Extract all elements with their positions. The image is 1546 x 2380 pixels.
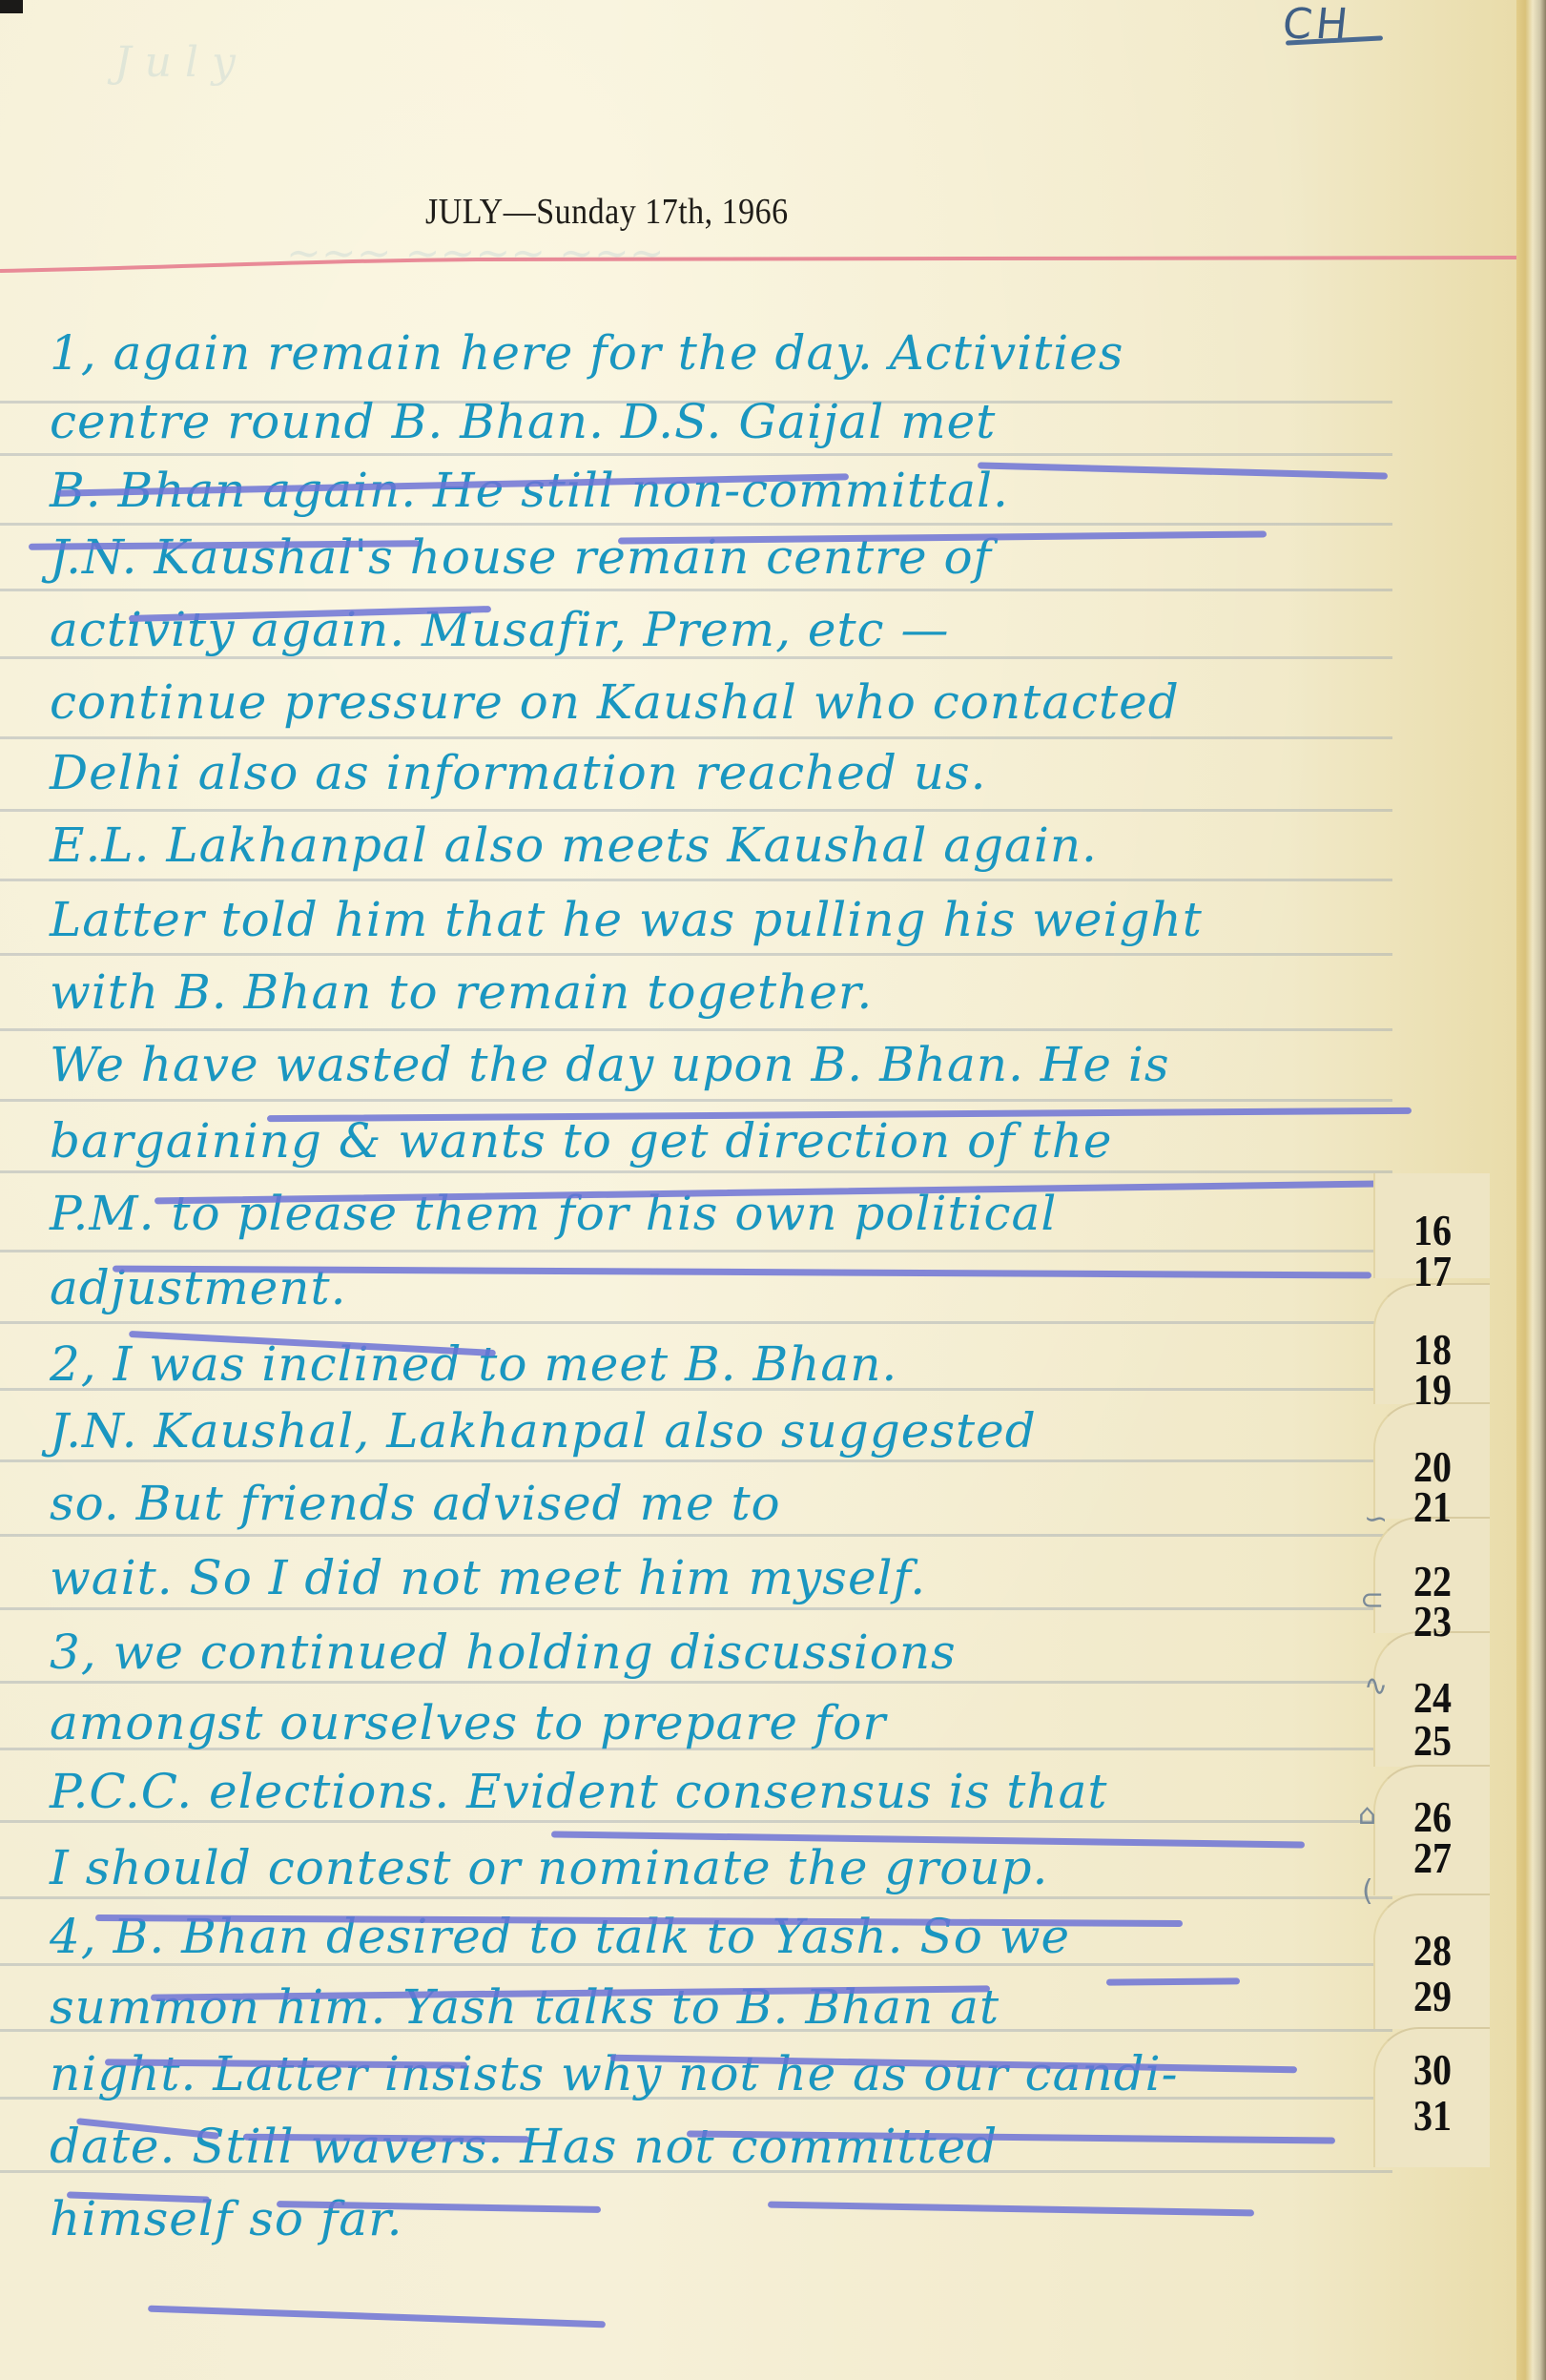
date-number: 30 [1385, 2048, 1480, 2092]
date-thumb-tabs: 16 17 18 19 20 21 22 23 24 25 26 27 28 2… [1373, 1173, 1488, 2380]
pencil-scribble-icon: ∽ [1364, 1502, 1388, 1536]
entry-line: date. Still wavers. Has not committed [50, 2118, 998, 2175]
pencil-scribble-icon: ( [1362, 1874, 1373, 1908]
scan-edge-shadow [0, 0, 23, 13]
entry-line: wait. So I did not meet him myself. [50, 1549, 926, 1606]
entry-line: with B. Bhan to remain together. [50, 963, 873, 1021]
entry-line: so. But friends advised me to [50, 1475, 781, 1532]
date-number: 28 [1385, 1929, 1480, 1973]
entry-line: I should contest or nominate the group. [50, 1839, 1048, 1896]
entry-line: P.C.C. elections. Evident consensus is t… [50, 1763, 1107, 1820]
date-number: 17 [1385, 1250, 1480, 1293]
entry-line: centre round B. Bhan. D.S. Gaijal met [50, 393, 996, 450]
date-number: 21 [1385, 1485, 1480, 1529]
entry-line: continue pressure on Kaushal who contact… [50, 673, 1180, 731]
date-number: 24 [1385, 1676, 1480, 1720]
entry-line: 1, again remain here for the day. Activi… [50, 324, 1123, 382]
entry-line: bargaining & wants to get direction of t… [50, 1112, 1113, 1169]
red-margin-rule [0, 256, 1516, 273]
entry-line: amongst ourselves to prepare for [50, 1694, 886, 1751]
date-header: JULY—Sunday 17th, 1966 [425, 193, 789, 234]
date-number: 31 [1385, 2094, 1480, 2138]
entry-line: J.N. Kaushal, Lakhanpal also suggested [50, 1402, 1037, 1459]
entry-line: 2, I was inclined to meet B. Bhan. [50, 1335, 897, 1393]
entry-line: Delhi also as information reached us. [50, 744, 987, 801]
pencil-scribble-icon: ⌂ [1358, 1798, 1376, 1832]
bleed-through-text: J u l y [114, 38, 236, 87]
entry-line: E.L. Lakhanpal also meets Kaushal again. [50, 817, 1098, 874]
date-number: 23 [1385, 1600, 1480, 1644]
date-number: 19 [1385, 1368, 1480, 1412]
date-number: 27 [1385, 1836, 1480, 1880]
pencil-scribble-icon: ∿ [1364, 1669, 1388, 1703]
date-number: 29 [1385, 1975, 1480, 2018]
entry-line: We have wasted the day upon B. Bhan. He … [50, 1036, 1170, 1093]
entry-line: 3, we continued holding discussions [50, 1624, 957, 1681]
entry-line: activity again. Musafir, Prem, etc — [50, 601, 949, 658]
pencil-scribble-icon: ⊂ [1360, 1583, 1384, 1617]
entry-line: Latter told him that he was pulling his … [50, 891, 1203, 948]
date-number: 25 [1385, 1719, 1480, 1763]
book-binding-edge [1516, 0, 1546, 2380]
diary-page: J u l y ~~~ ~~~~ ~~~ CH JULY—Sunday 17th… [0, 0, 1516, 2380]
